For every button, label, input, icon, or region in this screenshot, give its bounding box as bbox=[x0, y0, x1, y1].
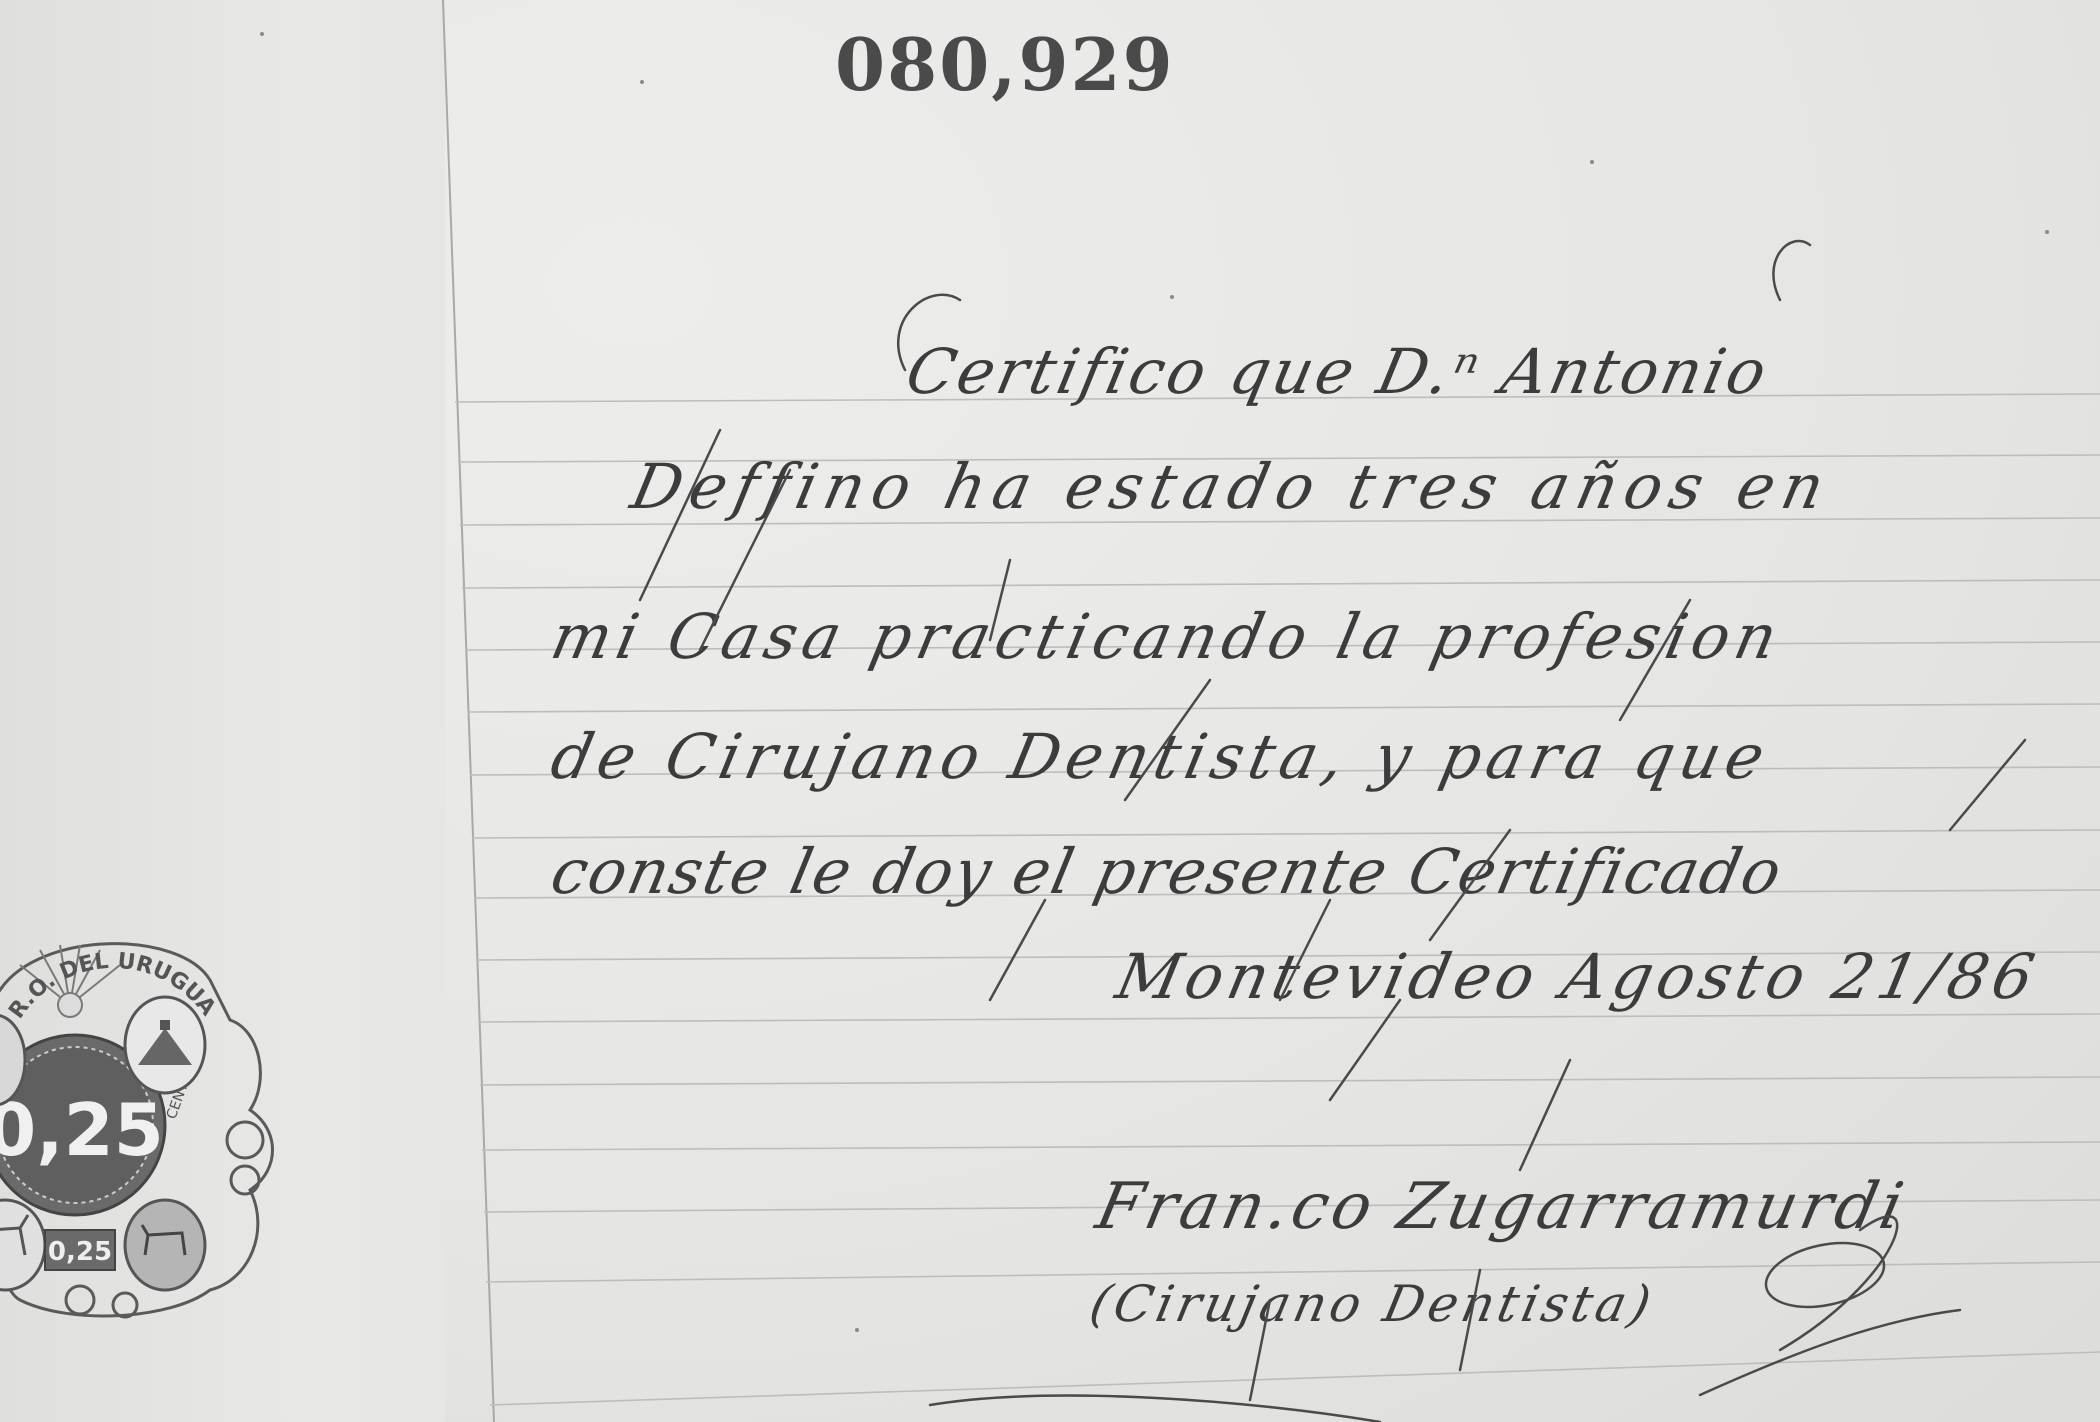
stamp-graphic: R.O. DEL URUGUAY 0,25 CENTESIMOS bbox=[0, 910, 290, 1330]
signature-name: Fran.co Zugarramurdi bbox=[1090, 1170, 1913, 1244]
document-page: 080,929 Certifico que D.ⁿ Antonio Deffin… bbox=[0, 0, 2100, 1422]
body-line-1: Certifico que D.ⁿ Antonio bbox=[900, 335, 1776, 408]
paper-speck bbox=[2045, 230, 2049, 234]
cerro-fortress-icon bbox=[125, 997, 205, 1093]
body-line-5: conste le doy el presente Certificado bbox=[545, 835, 1790, 908]
date-line: Montevideo Agosto 21/86 bbox=[1110, 940, 2045, 1013]
body-line-2: Deffino ha estado tres años en bbox=[625, 450, 1838, 523]
paper-speck bbox=[1590, 160, 1594, 164]
horse-icon bbox=[0, 1200, 45, 1290]
body-line-4: de Cirujano Dentista, y para que bbox=[545, 720, 1777, 793]
bull-icon bbox=[125, 1200, 205, 1290]
serial-number: 080,929 bbox=[835, 22, 1175, 107]
signature-title: (Cirujano Dentista) bbox=[1085, 1275, 1660, 1333]
body-line-3: mi Casa practicando la profesion bbox=[545, 600, 1790, 673]
paper-speck bbox=[1170, 295, 1174, 299]
paper-speck bbox=[855, 1328, 859, 1332]
paper-speck bbox=[260, 32, 264, 36]
stamp-value: 0,25 bbox=[0, 1088, 164, 1172]
revenue-stamp: R.O. DEL URUGUAY 0,25 CENTESIMOS bbox=[0, 910, 290, 1330]
stamp-bottom-value: 0,25 bbox=[48, 1237, 112, 1267]
paper-speck bbox=[640, 80, 644, 84]
